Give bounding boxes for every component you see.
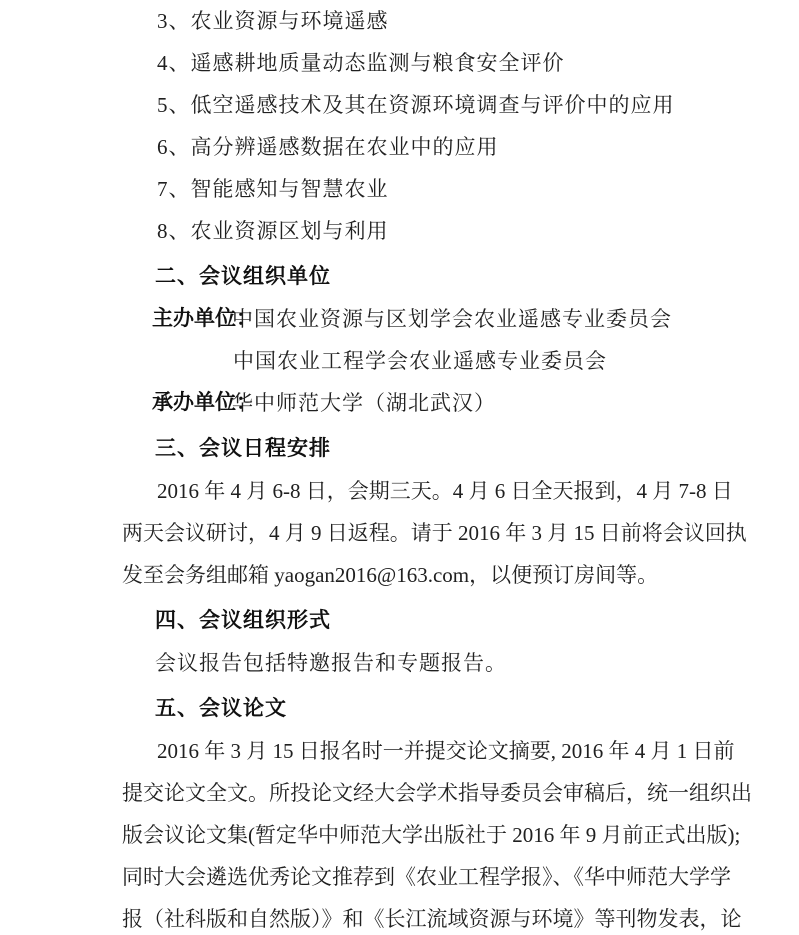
host-label: 主办单位：: [122, 298, 232, 340]
topic-item-8: 8、农业资源区划与利用: [122, 210, 681, 252]
topic-item-6: 6、高分辨遥感数据在农业中的应用: [122, 126, 681, 168]
papers-line-4: 同时大会遴选优秀论文推荐到《农业工程学报》、《华中师范大学学: [122, 856, 681, 898]
section-heading-schedule: 三、会议日程安排: [122, 428, 681, 470]
document-page: 3、农业资源与环境遥感 4、遥感耕地质量动态监测与粮食安全评价 5、低空遥感技术…: [0, 0, 799, 935]
topic-item-5: 5、低空遥感技术及其在资源环境调查与评价中的应用: [122, 84, 681, 126]
schedule-line-3: 发至会务组邮箱 yaogan2016@163.com，以便预订房间等。: [122, 554, 681, 596]
topic-item-3: 3、农业资源与环境遥感: [122, 0, 681, 42]
schedule-line-2: 两天会议研讨，4 月 9 日返程。请于 2016 年 3 月 15 日前将会议回…: [122, 512, 681, 554]
topic-item-4: 4、遥感耕地质量动态监测与粮食安全评价: [122, 42, 681, 84]
section-heading-organizers: 二、会议组织单位: [122, 256, 681, 298]
papers-line-5: 报（社科版和自然版）》和《长江流域资源与环境》等刊物发表，论: [122, 898, 681, 935]
papers-line-2: 提交论文全文。所投论文经大会学术指导委员会审稿后，统一组织出: [122, 772, 681, 814]
undertaker-value: 华中师范大学（湖北武汉）: [232, 382, 681, 424]
host-org-1: 中国农业资源与区划学会农业遥感专业委员会: [232, 298, 681, 340]
papers-line-3: 版会议论文集(暂定华中师范大学出版社于 2016 年 9 月前正式出版);: [122, 814, 681, 856]
host-org-2: 中国农业工程学会农业遥感专业委员会: [122, 340, 681, 382]
papers-line-1: 2016 年 3 月 15 日报名时一并提交论文摘要, 2016 年 4 月 1…: [122, 730, 681, 772]
host-organizer-row: 主办单位： 中国农业资源与区划学会农业遥感专业委员会: [122, 298, 681, 340]
topic-item-7: 7、智能感知与智慧农业: [122, 168, 681, 210]
format-body: 会议报告包括特邀报告和专题报告。: [122, 642, 681, 684]
section-heading-papers: 五、会议论文: [122, 688, 681, 730]
schedule-line-1: 2016 年 4 月 6-8 日，会期三天。4 月 6 日全天报到，4 月 7-…: [122, 470, 681, 512]
undertaker-label: 承办单位：: [122, 382, 232, 424]
section-heading-format: 四、会议组织形式: [122, 600, 681, 642]
undertaker-row: 承办单位： 华中师范大学（湖北武汉）: [122, 382, 681, 424]
